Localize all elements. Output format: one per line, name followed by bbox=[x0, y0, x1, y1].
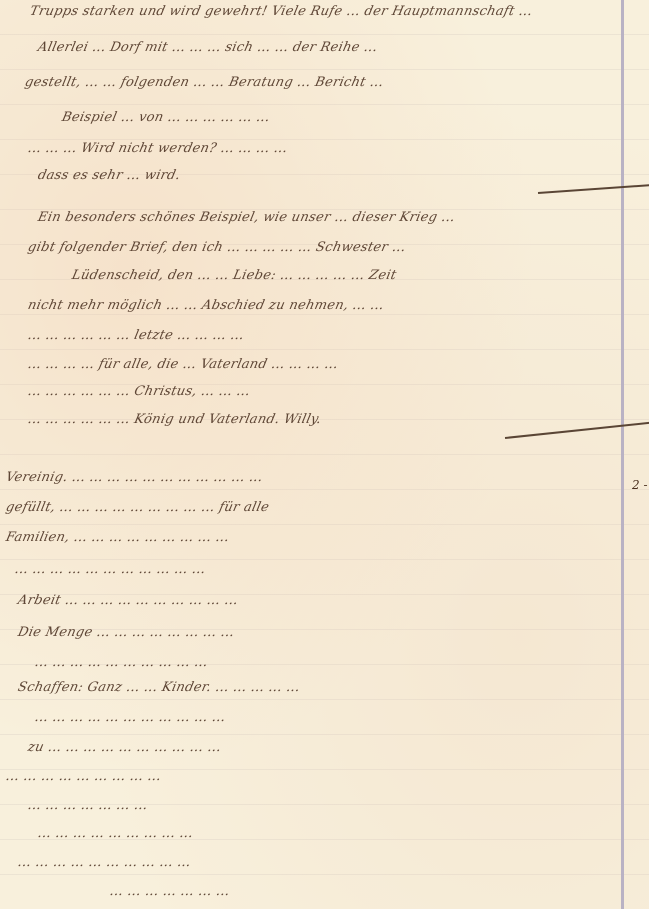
text-line: ... ... ... ... ... ... ... bbox=[108, 884, 231, 899]
text-line: Trupps starken und wird gewehrt! Viele R… bbox=[28, 4, 533, 19]
text-line: Vereinig. ... ... ... ... ... ... ... ..… bbox=[4, 470, 264, 485]
text-line: ... ... ... ... ... ... ... ... ... ... … bbox=[13, 562, 207, 577]
text-line: gefüllt, ... ... ... ... ... ... ... ...… bbox=[4, 500, 270, 515]
margin-note: 2 - bbox=[632, 478, 648, 492]
text-line: Familien, ... ... ... ... ... ... ... ..… bbox=[4, 530, 230, 545]
margin-rule bbox=[621, 0, 624, 909]
text-line: ... ... ... ... ... ... Christus, ... ..… bbox=[26, 384, 251, 399]
text-line: Lüdenscheid, den ... ... Liebe: ... ... … bbox=[70, 268, 398, 283]
section-divider-2 bbox=[505, 421, 649, 438]
text-line: ... ... ... ... ... ... ... ... ... ... … bbox=[33, 710, 227, 725]
text-line: ... ... ... ... ... ... ... ... ... ... bbox=[33, 655, 209, 670]
text-line: ... ... ... ... ... ... letzte ... ... .… bbox=[26, 328, 245, 343]
text-line: ... ... ... ... ... ... ... ... ... ... bbox=[16, 855, 192, 870]
text-line: nicht mehr möglich ... ... Abschied zu n… bbox=[26, 298, 385, 313]
text-line: ... ... ... ... ... ... ... ... ... bbox=[36, 826, 194, 841]
text-line: ... ... ... ... ... ... ... bbox=[26, 798, 149, 813]
text-line: ... ... ... ... ... ... König und Vaterl… bbox=[26, 412, 322, 427]
text-line: ... ... ... ... ... ... ... ... ... bbox=[4, 769, 162, 784]
text-line: gestellt, ... ... folgenden ... ... Bera… bbox=[23, 75, 385, 90]
text-line: Arbeit ... ... ... ... ... ... ... ... .… bbox=[16, 593, 239, 608]
text-line: Beispiel ... von ... ... ... ... ... ... bbox=[60, 110, 271, 125]
text-line: Ein besonders schönes Beispiel, wie unse… bbox=[36, 210, 456, 225]
text-line: Schaffen: Ganz ... ... Kinder. ... ... .… bbox=[16, 680, 301, 695]
text-line: ... ... ... Wird nicht werden? ... ... .… bbox=[26, 141, 289, 156]
text-line: dass es sehr ... wird. bbox=[36, 168, 181, 183]
text-line: Allerlei ... Dorf mit ... ... ... sich .… bbox=[36, 40, 379, 55]
text-line: Die Menge ... ... ... ... ... ... ... ..… bbox=[16, 625, 236, 640]
text-line: gibt folgender Brief, den ich ... ... ..… bbox=[26, 240, 407, 255]
text-line: zu ... ... ... ... ... ... ... ... ... .… bbox=[26, 740, 222, 755]
section-divider-1 bbox=[538, 184, 649, 193]
text-line: ... ... ... ... für alle, die ... Vaterl… bbox=[26, 357, 339, 372]
manuscript-page: Trupps starken und wird gewehrt! Viele R… bbox=[0, 0, 649, 909]
